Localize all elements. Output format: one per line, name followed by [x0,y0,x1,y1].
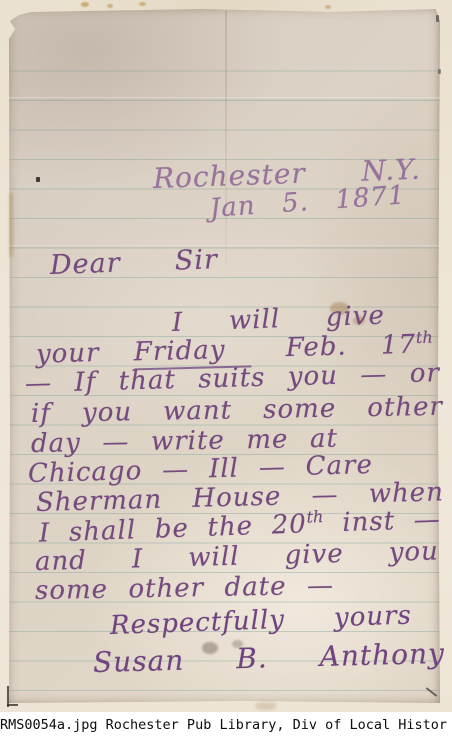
edge-stain [107,4,113,8]
scanned-letter-photo: Rochester N.Y. Jan 5. 1871 Dear Sir I wi… [0,0,452,738]
caption-text: RMS0054a.jpg Rochester Pub Library, Div … [0,717,447,733]
edge-stain [139,2,146,6]
corner-mark [7,686,9,707]
edge-stain [81,2,89,7]
corner-mark [7,704,18,706]
caption-bar: RMS0054a.jpg Rochester Pub Library, Div … [0,712,452,738]
letter-paper [9,9,440,703]
edge-stain [325,5,331,9]
stain [255,702,277,710]
ruled-lines [9,42,440,701]
